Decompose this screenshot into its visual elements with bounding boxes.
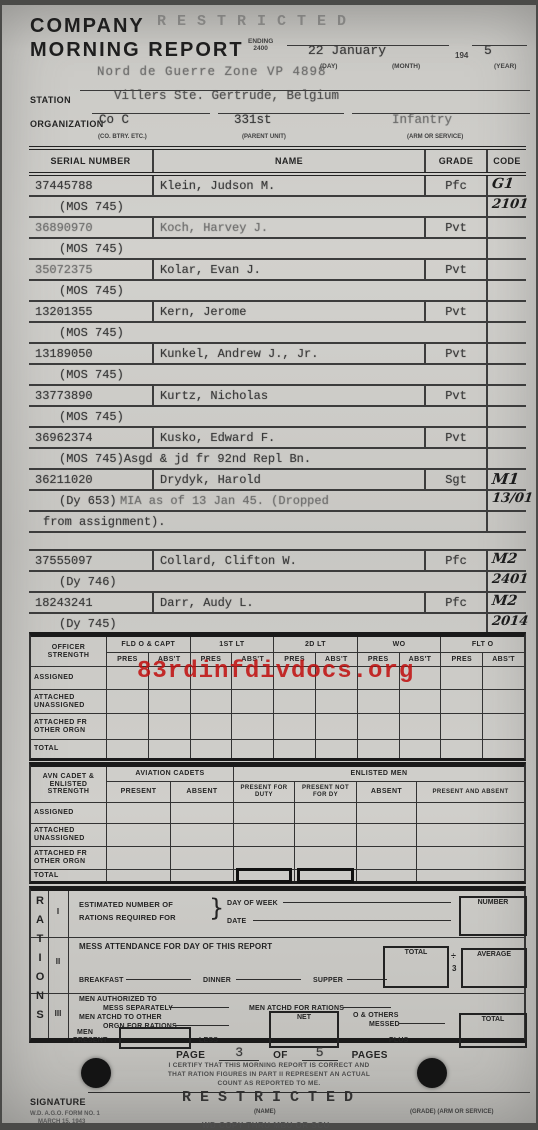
row-total: TOTAL [31, 740, 106, 758]
o-and-others-label: O & OTHERS [353, 1012, 399, 1019]
empty-cell [148, 690, 190, 714]
page-label: PAGE [176, 1050, 205, 1061]
serial-number: 36890970 [35, 221, 93, 235]
serial-number: 37445788 [35, 179, 93, 193]
empty-cell [357, 690, 399, 714]
divide-symbol: ÷ [451, 951, 456, 961]
empty-cell [294, 824, 356, 847]
empty-cell [170, 803, 233, 824]
grade-value: Pvt [445, 347, 467, 361]
empty-cell [273, 740, 315, 758]
empty-cell [357, 714, 399, 740]
empty-cell [294, 803, 356, 824]
code-handwritten-2: 13/01 [491, 491, 534, 506]
rations-side-label: RATIONS [34, 895, 46, 1028]
serial-note: (MOS 745) [35, 326, 124, 340]
serial-number: 35072375 [35, 263, 93, 277]
soldier-name: Kusko, Edward F. [160, 431, 275, 445]
station-label: STATION [30, 95, 71, 105]
col-code: CODE [486, 150, 526, 172]
empty-cell [190, 714, 232, 740]
empty-cell [231, 690, 273, 714]
empty-cell [399, 740, 441, 758]
restricted-stamp-top: RESTRICTED [157, 13, 357, 30]
empty-cell [170, 870, 233, 881]
empty-cell [482, 740, 524, 758]
pencil-box [236, 868, 292, 883]
pencil-box [297, 868, 354, 883]
men-label: MEN [77, 1029, 93, 1036]
census-zone-line: Nord de Guerre Zone VP 4898 [97, 65, 327, 79]
roster-entry: 36211020 Drydyk, Harold Sgt M1 (Dy 653) … [29, 470, 526, 533]
serial-note: (MOS 745) [35, 242, 124, 256]
col-present: PRESENT [106, 782, 170, 803]
empty-cell [190, 690, 232, 714]
empty-cell [148, 714, 190, 740]
day-of-week-label: DAY OF WEEK [227, 900, 278, 907]
plus-label: PLUS [389, 1037, 408, 1044]
soldier-name: Kolar, Evan J. [160, 263, 261, 277]
row-assigned: ASSIGNED [31, 803, 106, 824]
divisor: 3 [452, 964, 457, 973]
row-assigned: ASSIGNED [31, 667, 106, 690]
page-number: 3 [219, 1045, 259, 1061]
paper-sheet: COMPANY MORNING REPORT RESTRICTED ENDING… [2, 5, 536, 1123]
soldier-name: Koch, Harvey J. [160, 221, 268, 235]
serial-number: 33773890 [35, 389, 93, 403]
abst-head: ABS'T [482, 653, 524, 667]
serial-note: (Dy 746) [35, 575, 117, 589]
entry-remark-2: from assignment). [35, 515, 165, 529]
roster-entry: 18243241 Darr, Audy L. Pfc M2 (Dy 745) 2… [29, 593, 526, 635]
total-box-row2: TOTAL [383, 946, 449, 988]
empty-cell [440, 690, 482, 714]
footer-section: PAGE 3 OF 5 PAGES I CERTIFY THAT THIS MO… [2, 1045, 536, 1130]
station-value: Villers Ste. Gertrude, Belgium [114, 89, 339, 103]
scanned-morning-report: COMPANY MORNING REPORT RESTRICTED ENDING… [0, 0, 538, 1130]
serial-note: (Dy 653) [35, 494, 117, 508]
empty-cell [399, 714, 441, 740]
grade-value: Pvt [445, 431, 467, 445]
col-present-and-absent: PRESENT AND ABSENT [416, 782, 524, 803]
ending-label: ENDING [248, 38, 273, 45]
punch-hole-left [81, 1058, 111, 1088]
part-ii-numeral: II [50, 957, 66, 966]
empty-cell [440, 714, 482, 740]
empty-cell [416, 847, 524, 870]
pages-label: PAGES [352, 1050, 388, 1061]
part-iii-numeral: III [50, 1009, 66, 1018]
grade-arm-sublabel: (GRADE) (ARM OR SERVICE) [410, 1109, 494, 1115]
code-handwritten-1: G1 [491, 176, 515, 192]
archive-watermark: 83rdinfdivdocs.org [137, 658, 414, 685]
serial-number: 36962374 [35, 431, 93, 445]
empty-cell [170, 824, 233, 847]
net-box-label: NET [271, 1014, 337, 1021]
estimated-number-label-1: ESTIMATED NUMBER OF [79, 900, 173, 909]
present-label: PRESENT [73, 1037, 107, 1044]
mess-separately-label: MESS SEPARATELY [103, 1005, 173, 1012]
empty-cell [416, 870, 524, 881]
grade-value: Pvt [445, 221, 467, 235]
roster-entry: 36890970 Koch, Harvey J. Pvt (MOS 745) [29, 218, 526, 260]
total-box-present-not-for-dy [294, 870, 356, 881]
code-handwritten-1: M2 [491, 593, 518, 609]
net-box: NET [269, 1011, 339, 1048]
grade-value: Pfc [445, 554, 467, 568]
parent-unit-sublabel: (PARENT UNIT) [242, 134, 286, 140]
col-absent: ABSENT [170, 782, 233, 803]
punch-hole-right [417, 1058, 447, 1088]
total-box-row3: TOTAL [459, 1013, 527, 1048]
report-date-value: 22 January [308, 43, 386, 58]
empty-cell [231, 714, 273, 740]
enlisted-strength-table: AVN CADET & ENLISTED STRENGTH AVIATION C… [29, 762, 526, 884]
form-number-line: W.D. A.G.O. FORM NO. 1 [30, 1111, 100, 1117]
roster-entry: 35072375 Kolar, Evan J. Pvt (MOS 745) [29, 260, 526, 302]
parent-unit-value: 331st [234, 113, 272, 127]
serial-number: 37555097 [35, 554, 93, 568]
form-title-line1: COMPANY [30, 15, 145, 38]
empty-cell [416, 824, 524, 847]
code-handwritten-2: 2014 [491, 614, 529, 629]
col-serial-number: SERIAL NUMBER [29, 150, 152, 172]
empty-cell [106, 714, 148, 740]
month-sublabel: (MONTH) [392, 63, 420, 70]
roster-table: SERIAL NUMBER NAME GRADE CODE 37445788 K… [29, 146, 526, 635]
men-authorized-label: MEN AUTHORIZED TO [79, 996, 157, 1003]
estimated-number-label-2: RATIONS REQUIRED FOR [79, 913, 176, 922]
soldier-name: Kern, Jerome [160, 305, 246, 319]
soldier-name: Klein, Judson M. [160, 179, 275, 193]
officer-strength-corner: OFFICER STRENGTH [31, 637, 106, 667]
soldier-name: Kunkel, Andrew J., Jr. [160, 347, 318, 361]
row-total: TOTAL [31, 870, 106, 881]
col-absent-2: ABSENT [356, 782, 416, 803]
enlisted-corner: AVN CADET & ENLISTED STRENGTH [31, 767, 106, 803]
empty-cell [106, 803, 170, 824]
officer-strength-table: OFFICER STRENGTH FLD O & CAPT 1ST LT 2D … [29, 632, 526, 761]
roster-entry: 37555097 Collard, Clifton W. Pfc M2 (Dy … [29, 551, 526, 593]
total-box-present-for-duty [233, 870, 294, 881]
organization-sublabel: (CO. BTRY. ETC.) [98, 134, 147, 140]
year-prefix: 194 [455, 51, 468, 60]
empty-cell [233, 847, 294, 870]
empty-cell [148, 740, 190, 758]
group-enlisted-men: ENLISTED MEN [233, 767, 524, 782]
supper-label: SUPPER [313, 977, 343, 984]
empty-cell [356, 847, 416, 870]
empty-cell [315, 714, 357, 740]
signature-label: SIGNATURE [30, 1097, 86, 1107]
less-label: LESS [199, 1037, 218, 1044]
serial-number: 13201355 [35, 305, 93, 319]
part-i-numeral: I [50, 907, 66, 916]
certify-line-3: COUNT AS REPORTED TO ME. [2, 1080, 536, 1087]
serial-note: (MOS 745) [35, 452, 124, 466]
grade-value: Pvt [445, 305, 467, 319]
empty-cell [440, 667, 482, 690]
year-value: 5 [484, 43, 492, 58]
grade-value: Sgt [445, 473, 467, 487]
brace-glyph: } [209, 894, 224, 922]
empty-cell [440, 740, 482, 758]
number-box-label: NUMBER [461, 899, 525, 906]
wd-copy-note: WD COPY THRU MBU OR SCU [202, 1121, 330, 1130]
arm-service-value: Infantry [392, 113, 452, 127]
empty-cell [482, 714, 524, 740]
serial-note: (MOS 745) [35, 410, 124, 424]
empty-cell [399, 690, 441, 714]
grade-value: Pfc [445, 596, 467, 610]
group-2d-lt: 2D LT [273, 637, 357, 653]
number-box: NUMBER [459, 896, 527, 936]
empty-cell [106, 824, 170, 847]
grade-value: Pfc [445, 179, 467, 193]
date-label: DATE [227, 918, 246, 925]
grade-value: Pvt [445, 389, 467, 403]
empty-cell [233, 803, 294, 824]
soldier-name: Drydyk, Harold [160, 473, 261, 487]
ending-time: 2400 [248, 45, 273, 52]
entry-remark: MIA as of 13 Jan 45. (Dropped [120, 494, 329, 508]
col-present-not-for-dy: PRESENT NOT FOR DY [294, 782, 356, 803]
col-present-for-duty: PRESENT FOR DUTY [233, 782, 294, 803]
roster-entry: 37445788 Klein, Judson M. Pfc G1 (MOS 74… [29, 176, 526, 218]
empty-cell [273, 690, 315, 714]
row-attached-fr-other: ATTACHED FR OTHER ORGN [31, 714, 106, 740]
organization-label: ORGANIZATION [30, 119, 104, 129]
empty-cell [273, 714, 315, 740]
blank-ruled-gap [29, 533, 526, 551]
organization-value: Co C [99, 113, 129, 127]
entry-remark: Asgd & jd fr 92nd Repl Bn. [124, 452, 311, 466]
code-handwritten-2: 2401 [491, 572, 529, 587]
average-box: AVERAGE [461, 948, 527, 988]
dinner-label: DINNER [203, 977, 231, 984]
roster-header-row: SERIAL NUMBER NAME GRADE CODE [29, 150, 526, 176]
empty-cell [106, 870, 170, 881]
row-attached-unassigned: ATTACHED UNASSIGNED [31, 824, 106, 847]
group-1st-lt: 1ST LT [190, 637, 274, 653]
of-label: OF [273, 1050, 288, 1061]
group-aviation-cadets: AVIATION CADETS [106, 767, 233, 782]
mess-attendance-title: MESS ATTENDANCE FOR DAY OF THIS REPORT [79, 942, 272, 951]
empty-cell [106, 690, 148, 714]
col-name: NAME [152, 150, 424, 172]
col-grade: GRADE [424, 150, 486, 172]
code-handwritten-1: M1 [491, 470, 520, 488]
empty-cell [482, 690, 524, 714]
empty-cell [170, 847, 233, 870]
breakfast-label: BREAKFAST [79, 977, 124, 984]
arm-service-sublabel: (ARM OR SERVICE) [407, 134, 463, 140]
roster-entry: 13201355 Kern, Jerome Pvt (MOS 745) [29, 302, 526, 344]
form-title-line2: MORNING REPORT [30, 39, 244, 62]
row-attached-fr-other: ATTACHED FR OTHER ORGN [31, 847, 106, 870]
grade-value: Pvt [445, 263, 467, 277]
year-sublabel: (YEAR) [494, 63, 516, 70]
soldier-name: Collard, Clifton W. [160, 554, 297, 568]
empty-cell [106, 740, 148, 758]
total-box-row3-label: TOTAL [461, 1016, 525, 1023]
empty-cell [315, 740, 357, 758]
group-wo: WO [357, 637, 441, 653]
soldier-name: Darr, Audy L. [160, 596, 254, 610]
empty-cell [356, 824, 416, 847]
men-atchd-other-label: MEN ATCHD TO OTHER [79, 1014, 162, 1021]
group-flt-o: FLT O [440, 637, 524, 653]
average-box-label: AVERAGE [463, 951, 525, 958]
empty-cell [356, 870, 416, 881]
pres-head: PRES [440, 653, 482, 667]
serial-note: (MOS 745) [35, 284, 124, 298]
serial-note: (MOS 745) [35, 368, 124, 382]
roster-entry: 33773890 Kurtz, Nicholas Pvt (MOS 745) [29, 386, 526, 428]
empty-cell [357, 740, 399, 758]
form-date-line: MARCH 15, 1943 [38, 1119, 85, 1125]
code-handwritten-1: M2 [491, 551, 518, 567]
empty-cell [294, 847, 356, 870]
empty-cell [231, 740, 273, 758]
group-fldo-capt: FLD O & CAPT [106, 637, 190, 653]
name-sublabel: (NAME) [254, 1109, 276, 1115]
messed-label: MESSED [369, 1021, 400, 1028]
empty-cell [315, 690, 357, 714]
empty-cell [482, 667, 524, 690]
serial-note: (Dy 745) [35, 617, 117, 631]
serial-number: 36211020 [35, 473, 93, 487]
row-attached-unassigned: ATTACHED UNASSIGNED [31, 690, 106, 714]
code-handwritten-2: 2101 [491, 197, 529, 212]
empty-cell [356, 803, 416, 824]
serial-number: 13189050 [35, 347, 93, 361]
serial-number: 18243241 [35, 596, 93, 610]
empty-cell [106, 847, 170, 870]
roster-entry: 13189050 Kunkel, Andrew J., Jr. Pvt (MOS… [29, 344, 526, 386]
pages-count: 5 [302, 1045, 338, 1061]
empty-cell [190, 740, 232, 758]
empty-cell [416, 803, 524, 824]
total-box-label: TOTAL [385, 949, 447, 956]
serial-note: (MOS 745) [35, 200, 124, 214]
rations-section: RATIONS I II III ESTIMATED NUMBER OF RAT… [29, 886, 526, 1043]
soldier-name: Kurtz, Nicholas [160, 389, 268, 403]
empty-cell [233, 824, 294, 847]
roster-entry: 36962374 Kusko, Edward F. Pvt (MOS 745)A… [29, 428, 526, 470]
